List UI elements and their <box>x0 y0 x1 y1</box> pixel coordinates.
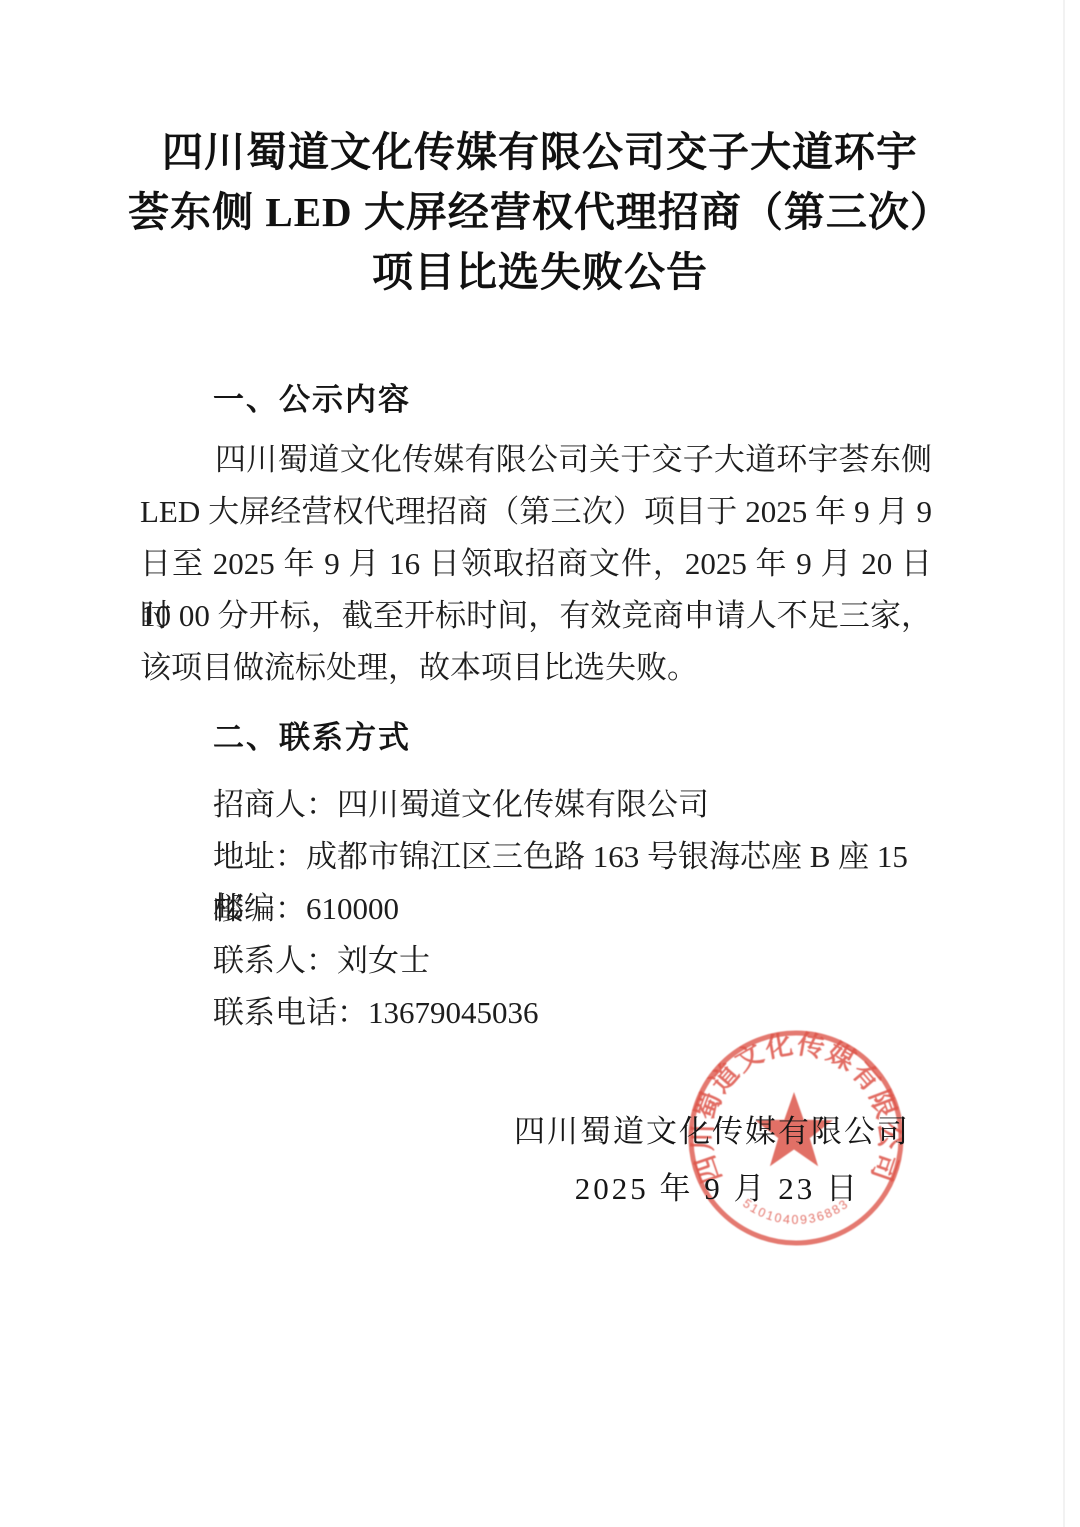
contact-label: 招商人： <box>213 787 337 822</box>
paragraph-line-2: LED 大屏经营权代理招商（第三次）项目于 2025 年 9 月 9 <box>140 486 932 538</box>
contact-list: 招商人：四川蜀道文化传媒有限公司 地址：成都市锦江区三色路 163 号银海芯座 … <box>213 779 933 1039</box>
contact-row-person: 联系人：刘女士 <box>213 935 933 987</box>
paragraph-line-3: 日至 2025 年 9 月 16 日领取招商文件，2025 年 9 月 20 日… <box>140 538 932 590</box>
paragraph-line-4: 时 00 分开标，截至开标时间，有效竞商申请人不足三家， <box>140 590 932 642</box>
signature-date: 2025 年 9 月 23 日 <box>575 1163 860 1208</box>
document-title: 四川蜀道文化传媒有限公司交子大道环宇 荟东侧 LED 大屏经营权代理招商（第三次… <box>0 122 1080 302</box>
title-line-2: 荟东侧 LED 大屏经营权代理招商（第三次） <box>0 182 1080 242</box>
contact-row-postcode: 邮编：610000 <box>213 883 933 935</box>
contact-value: 刘女士 <box>337 943 430 978</box>
contact-label: 地址： <box>213 839 306 874</box>
contact-label: 联系电话： <box>213 995 368 1030</box>
announcement-paragraph: 四川蜀道文化传媒有限公司关于交子大道环宇荟东侧 LED 大屏经营权代理招商（第三… <box>140 434 932 694</box>
title-line-3: 项目比选失败公告 <box>0 242 1080 302</box>
contact-value: 13679045036 <box>368 995 539 1030</box>
document-page: 四川蜀道文化传媒有限公司交子大道环宇 荟东侧 LED 大屏经营权代理招商（第三次… <box>0 0 1080 1527</box>
signature-company-name: 四川蜀道文化传媒有限公司 <box>514 1106 910 1151</box>
contact-label: 联系人： <box>213 943 337 978</box>
contact-value: 610000 <box>306 891 399 926</box>
contact-row-bid-inviter: 招商人：四川蜀道文化传媒有限公司 <box>213 779 933 831</box>
section-heading-contact: 二、联系方式 <box>213 712 411 757</box>
contact-value: 四川蜀道文化传媒有限公司 <box>337 787 709 822</box>
contact-row-address: 地址：成都市锦江区三色路 163 号银海芯座 B 座 15 楼 <box>213 831 933 883</box>
paragraph-line-5: 该项目做流标处理，故本项目比选失败。 <box>140 642 932 694</box>
contact-label: 邮编： <box>213 891 306 926</box>
title-line-1: 四川蜀道文化传媒有限公司交子大道环宇 <box>0 122 1080 182</box>
section-heading-announcement: 一、公示内容 <box>213 374 411 419</box>
paragraph-line-1: 四川蜀道文化传媒有限公司关于交子大道环宇荟东侧 <box>140 434 932 486</box>
